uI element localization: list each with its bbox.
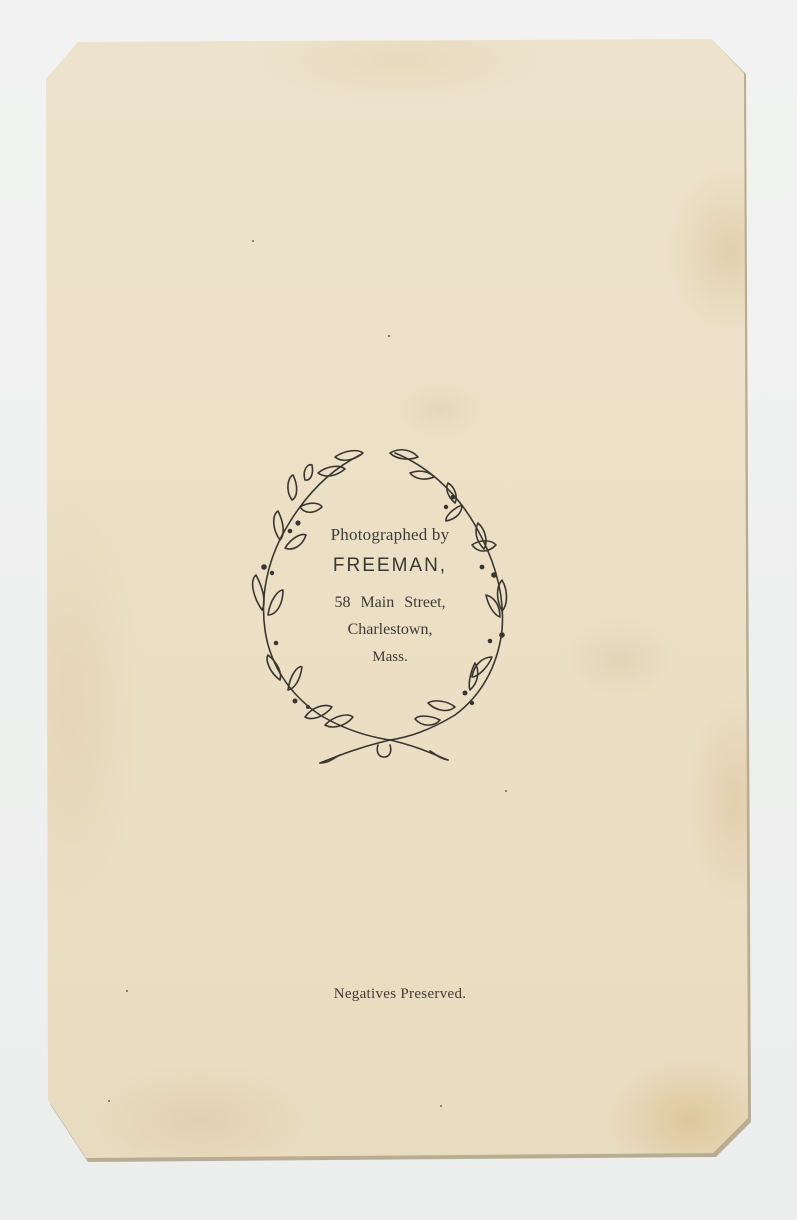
paper-speck (440, 1105, 442, 1107)
photographer-imprint: Photographed by FREEMAN, 58 Main Street,… (250, 445, 530, 770)
paper-speck (108, 1100, 110, 1102)
studio-address: 58 Main Street, (250, 594, 530, 612)
studio-name: FREEMAN, (250, 555, 530, 577)
studio-state: Mass. (250, 649, 530, 666)
studio-city: Charlestown, (250, 621, 530, 639)
negatives-preserved-note: Negatives Preserved. (300, 986, 500, 1003)
paper-speck (505, 790, 507, 792)
paper-speck (252, 240, 254, 242)
paper-speck (126, 990, 128, 992)
photographed-by-label: Photographed by (250, 525, 530, 545)
paper-speck (388, 335, 390, 337)
